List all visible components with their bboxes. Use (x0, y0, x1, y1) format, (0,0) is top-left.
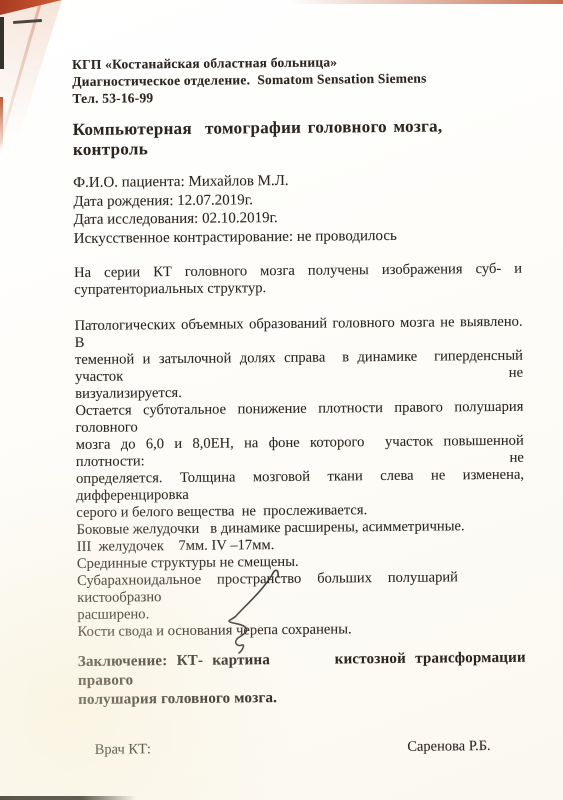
body-line: супратенториальных структур. (74, 278, 522, 299)
scan-dark-left-mark (0, 17, 4, 69)
letterhead: КГП «Костанайская областная больница» Ди… (72, 52, 520, 107)
scan-red-left-edge (0, 97, 3, 151)
body-line: Патологических объемных образований голо… (75, 314, 523, 352)
body-line: определяется. Толщина мозговой ткани сле… (76, 467, 524, 505)
intro-paragraph: На серии КТ головного мозга получены изо… (74, 261, 522, 299)
scan-red-top-edge (290, 0, 563, 4)
conclusion-line: полушария головного мозга. (78, 687, 526, 710)
body-line: мозга до 6,0 и 8,0ЕН, на фоне которого у… (76, 433, 524, 471)
doctor-name: Саренова Р.Б. (407, 738, 491, 756)
doctor-role-label: Врач КТ: (95, 741, 151, 759)
doctor-signature (215, 555, 315, 675)
patient-info: Ф.И.О. пациента: Михайлов М.Л. Дата рожд… (73, 170, 522, 248)
scanned-report-page: КГП «Костанайская областная больница» Ди… (0, 0, 563, 800)
body-line: теменной и затылочной долях справа в дин… (75, 348, 523, 386)
scan-dark-bottom-edge (0, 796, 136, 800)
body-line: Остается субтотальное понижение плотност… (75, 399, 523, 437)
contrast-line: Искусственное контрастирование: не прово… (74, 225, 522, 248)
phone-line: Тел. 53-16-99 (72, 86, 520, 107)
signature-row: Врач КТ: Саренова Р.Б. (79, 738, 527, 759)
report-title: Компьютерная томографии головного мозга,… (73, 116, 521, 160)
